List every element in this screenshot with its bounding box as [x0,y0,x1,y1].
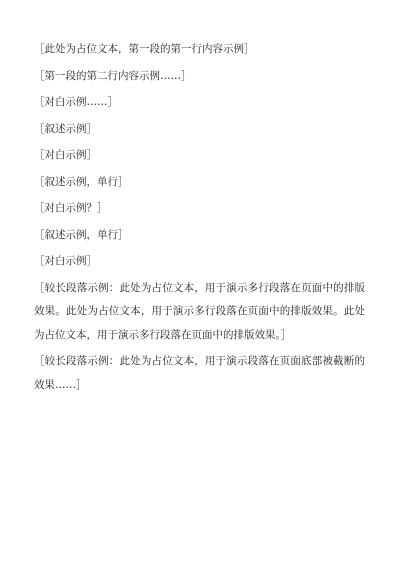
paragraph: ［叙述示例，单行］ [34,224,365,248]
paragraph: ［叙述示例，单行］ [34,171,365,195]
paragraph: ［此处为占位文本，第一段的第一行内容示例］ [34,38,365,62]
paragraph: ［叙述示例］ [34,118,365,142]
paragraph: ［较长段落示例：此处为占位文本，用于演示多行段落在页面中的排版效果。此处为占位文… [34,277,365,348]
paragraph: ［对白示例？］ [34,197,365,221]
paragraph: ［较长段落示例：此处为占位文本，用于演示段落在页面底部被截断的效果……］ [34,350,365,397]
paragraph: ［对白示例］ [34,144,365,168]
paragraph: ［对白示例］ [34,250,365,274]
paragraph: ［第一段的第二行内容示例……］ [34,65,365,89]
document-page: ［此处为占位文本，第一段的第一行内容示例］ ［第一段的第二行内容示例……］ ［对… [0,0,399,397]
paragraph: ［对白示例……］ [34,91,365,115]
